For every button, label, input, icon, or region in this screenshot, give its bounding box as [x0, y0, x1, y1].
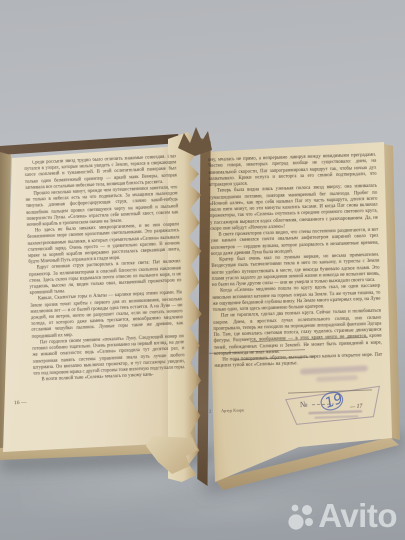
left-page-text: Среди россыпи звезд трудно было отличить…	[24, 154, 187, 410]
running-title: Артур Кларк	[221, 407, 244, 413]
book-listing-photo: Среди россыпи звезд трудно было отличить…	[0, 0, 405, 540]
paragraph: Пат не торопился, сделал два полных круг…	[213, 309, 382, 358]
page-folio-left: 16 —	[14, 400, 27, 407]
avito-watermark: Avito	[286, 499, 397, 532]
signature-number: 2	[209, 409, 211, 414]
stamp-number-sign: №	[300, 400, 308, 409]
paragraph: Кавказ, Скалистые горы и Альпы — карлики…	[30, 291, 184, 341]
bookshop-stamp: № 19	[277, 380, 391, 430]
avito-dots-icon	[286, 501, 318, 531]
paragraph: Пат гордился своим умением «показать» Лу…	[32, 334, 185, 378]
avito-watermark-label: Avito	[318, 499, 397, 532]
stamp-illegible-line	[308, 410, 362, 414]
paragraph: Теперь была видна лишь узенькая полоса з…	[209, 184, 378, 233]
